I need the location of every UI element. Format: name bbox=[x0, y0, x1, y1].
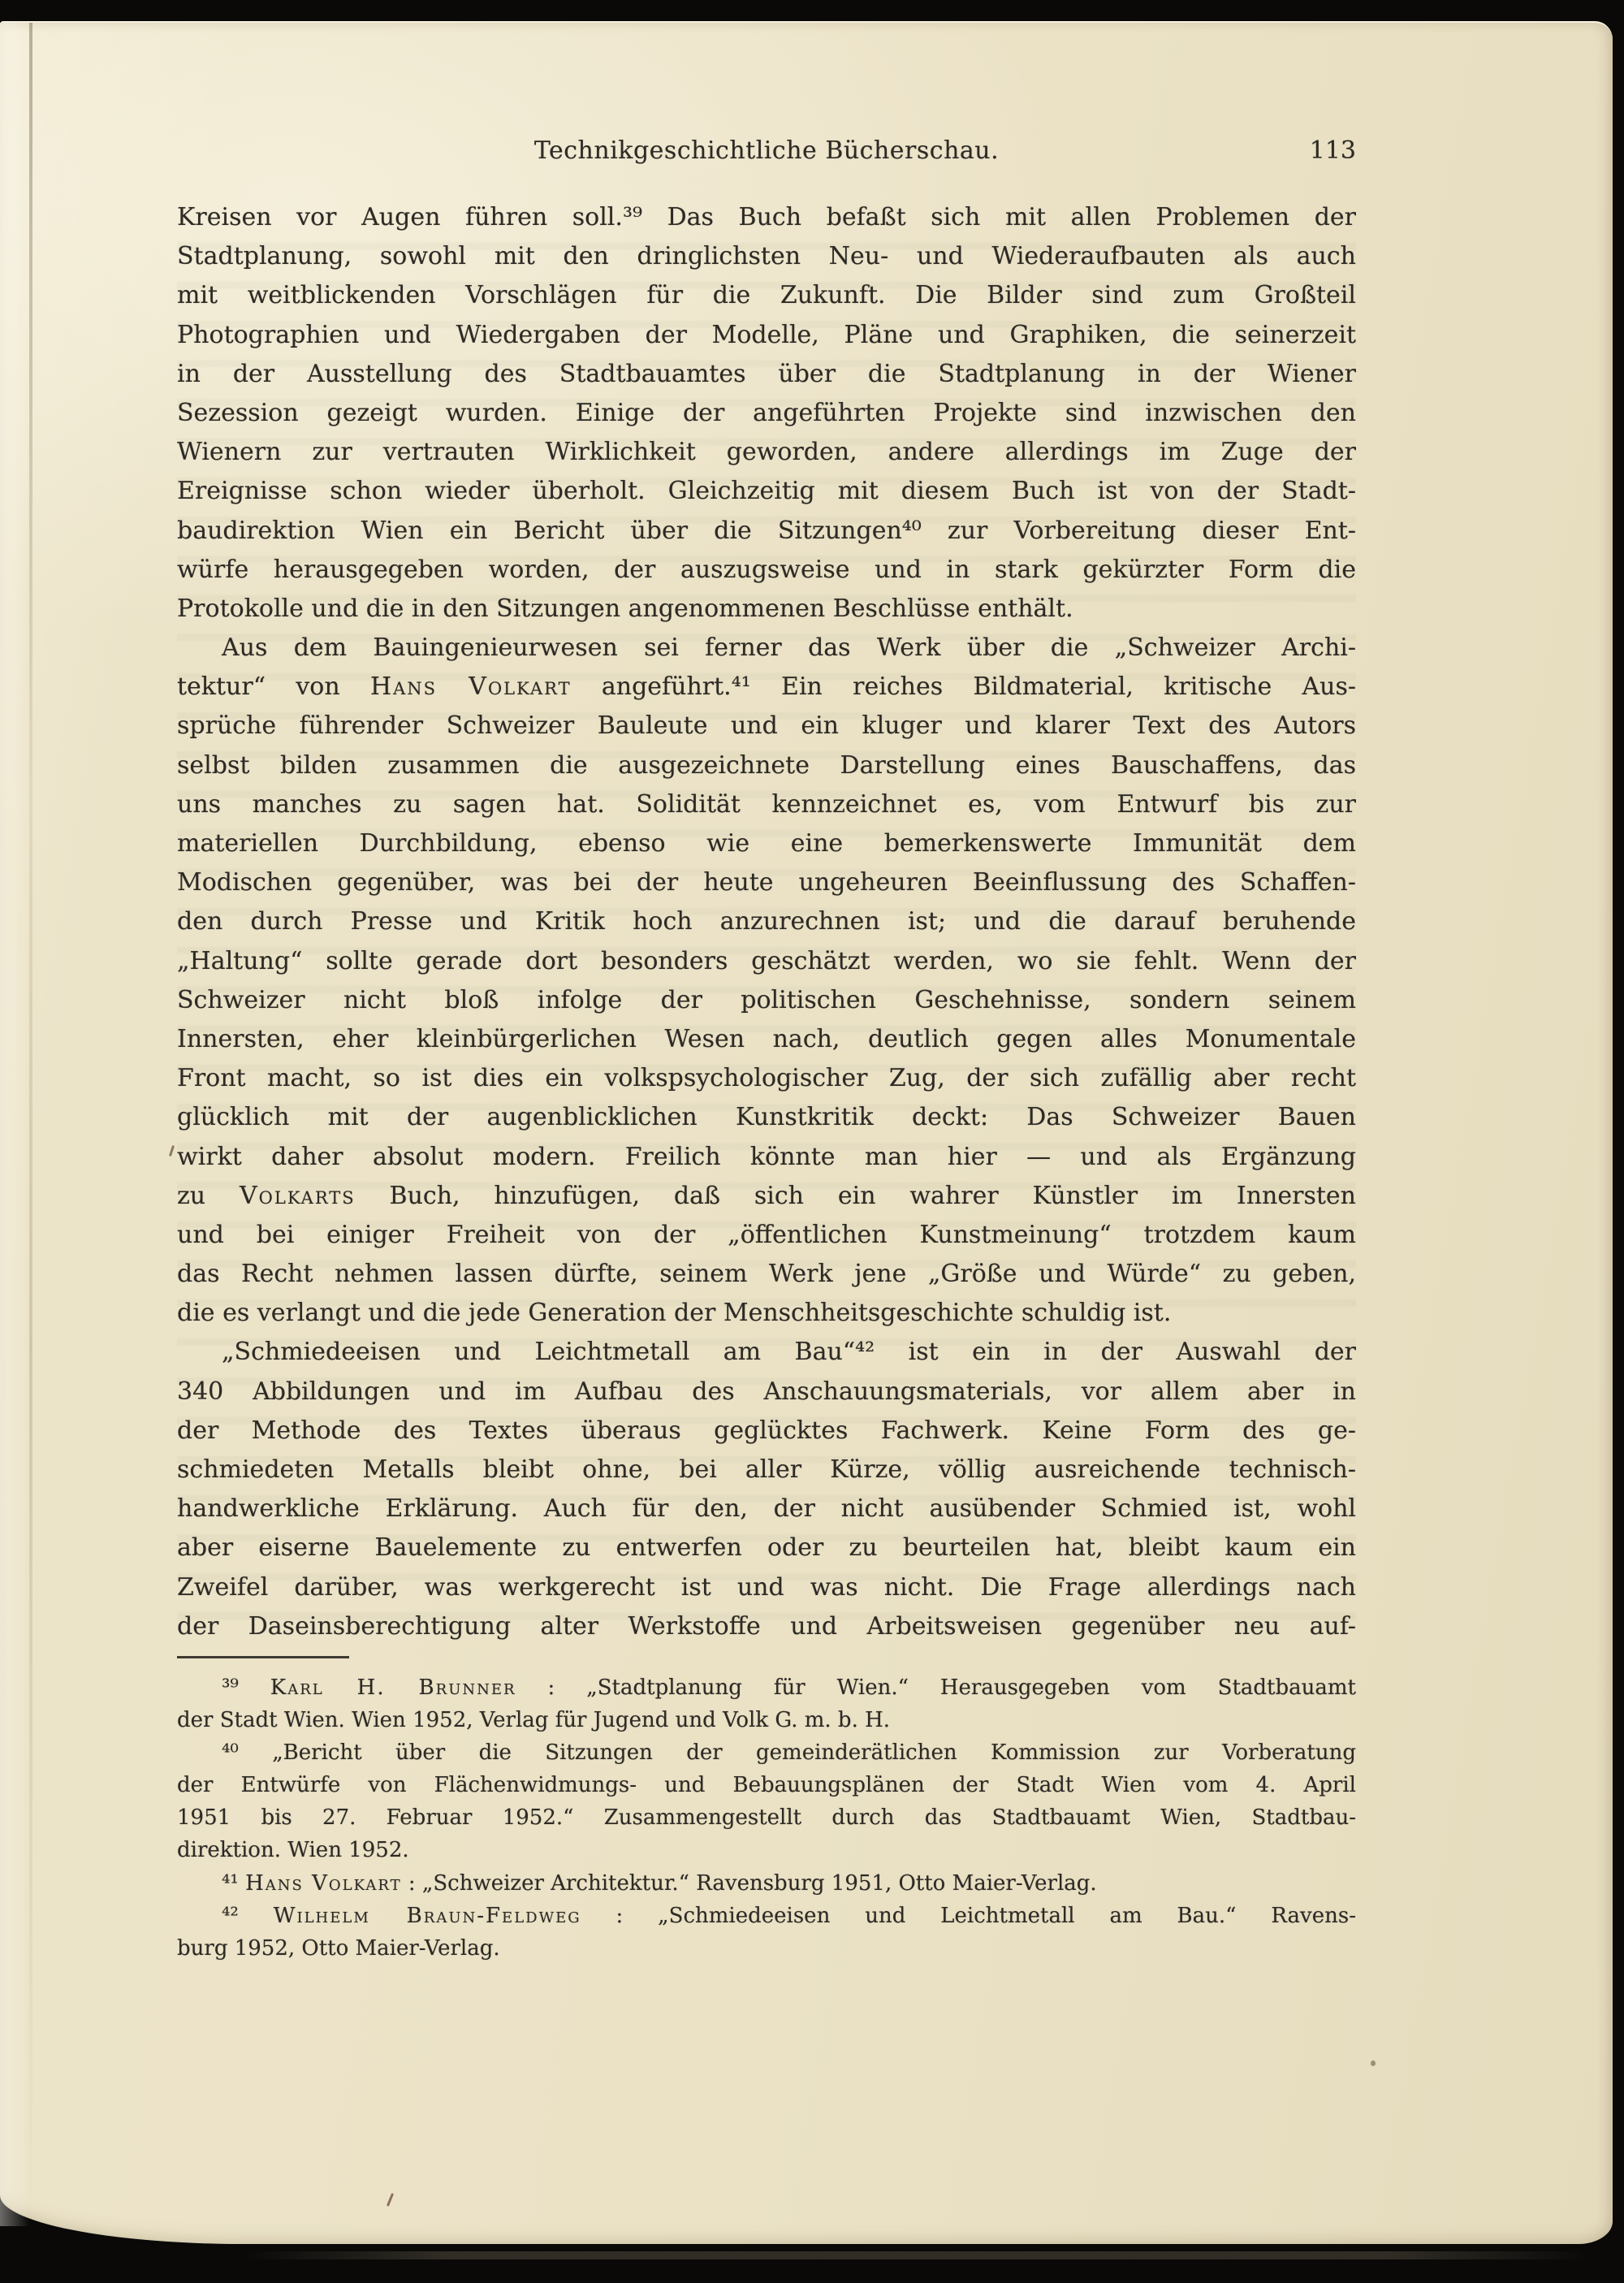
text-line: der Daseinsberechtigung alter Werkstoffe… bbox=[177, 1607, 1356, 1646]
footnote-line: ⁴² Wilhelm Braun-Feldweg : „Schmiedeeise… bbox=[177, 1900, 1356, 1932]
footnote-line: burg 1952, Otto Maier-Verlag. bbox=[177, 1932, 1356, 1965]
footnote-line: ⁴¹ Hans Volkart : „Schweizer Architektur… bbox=[177, 1867, 1356, 1900]
footnote-line: 1951 bis 27. Februar 1952.“ Zusammengest… bbox=[177, 1801, 1356, 1834]
text-line: das Recht nehmen lassen dürfte, seinem W… bbox=[177, 1255, 1356, 1294]
text-line: handwerkliche Erklärung. Auch für den, d… bbox=[177, 1490, 1356, 1528]
footnote: ⁴² Wilhelm Braun-Feldweg : „Schmiedeeise… bbox=[177, 1900, 1356, 1965]
text-line: baudirektion Wien ein Bericht über die S… bbox=[177, 512, 1356, 551]
paragraph: Aus dem Bauingenieurwesen sei ferner das… bbox=[177, 629, 1356, 1333]
page-gutter bbox=[0, 23, 29, 2226]
paragraph: Kreisen vor Augen führen soll.³⁹ Das Buc… bbox=[177, 198, 1356, 629]
text-line: Ereignisse schon wieder überholt. Gleich… bbox=[177, 472, 1356, 511]
text-line: Wienern zur vertrauten Wirklichkeit gewo… bbox=[177, 433, 1356, 472]
footnote-line: der Stadt Wien. Wien 1952, Verlag für Ju… bbox=[177, 1704, 1356, 1736]
text-line: schmiedeten Metalls bleibt ohne, bei all… bbox=[177, 1451, 1356, 1490]
small-caps-name: Hans Volkart bbox=[370, 672, 572, 701]
text-line: den durch Presse und Kritik hoch anzurec… bbox=[177, 902, 1356, 941]
footnote: ⁴¹ Hans Volkart : „Schweizer Architektur… bbox=[177, 1867, 1356, 1900]
body-text: Kreisen vor Augen führen soll.³⁹ Das Buc… bbox=[177, 198, 1356, 1646]
text-line: und bei einiger Freiheit von der „öffent… bbox=[177, 1216, 1356, 1255]
page-crease bbox=[29, 23, 32, 2226]
text-line: zu Volkarts Buch, hinzufügen, daß sich e… bbox=[177, 1177, 1356, 1216]
page-stack-edge bbox=[244, 2251, 1592, 2259]
text-line: Zweifel darüber, was werkgerecht ist und… bbox=[177, 1568, 1356, 1607]
text-line: glücklich mit der augenblicklichen Kunst… bbox=[177, 1098, 1356, 1137]
footnote-rule bbox=[177, 1656, 349, 1658]
text-line: Protokolle und die in den Sitzungen ange… bbox=[177, 590, 1356, 629]
paragraph: „Schmiedeeisen und Leichtmetall am Bau“⁴… bbox=[177, 1333, 1356, 1646]
text-line: 340 Abbildungen und im Aufbau des Anscha… bbox=[177, 1373, 1356, 1412]
small-caps-name: Wilhelm Braun-Feldweg bbox=[274, 1904, 581, 1928]
text-line: tektur“ von Hans Volkart angeführt.⁴¹ Ei… bbox=[177, 668, 1356, 707]
small-caps-name: Karl H. Brunner bbox=[270, 1675, 516, 1700]
text-line: die es verlangt und die jede Generation … bbox=[177, 1294, 1356, 1333]
footnote-line: ⁴⁰ „Bericht über die Sitzungen der gemei… bbox=[177, 1736, 1356, 1769]
text-line: wirkt daher absolut modern. Freilich kön… bbox=[177, 1138, 1356, 1177]
small-caps-name: Hans Volkart bbox=[245, 1871, 401, 1896]
text-line: „Haltung“ sollte gerade dort besonders g… bbox=[177, 942, 1356, 981]
text-line: Aus dem Bauingenieurwesen sei ferner das… bbox=[177, 629, 1356, 668]
text-line: würfe herausgegeben worden, der auszugsw… bbox=[177, 551, 1356, 590]
text-line: in der Ausstellung des Stadtbauamtes übe… bbox=[177, 355, 1356, 394]
text-line: Sezession gezeigt wurden. Einige der ang… bbox=[177, 394, 1356, 433]
text-line: der Methode des Textes überaus geglückte… bbox=[177, 1412, 1356, 1451]
text-line: mit weitblickenden Vorschlägen für die Z… bbox=[177, 276, 1356, 315]
page-number: 113 bbox=[1310, 136, 1356, 165]
text-line: aber eiserne Bauelemente zu entwerfen od… bbox=[177, 1528, 1356, 1567]
footnote-line: der Entwürfe von Flächenwidmungs- und Be… bbox=[177, 1769, 1356, 1801]
text-line: Modischen gegenüber, was bei der heute u… bbox=[177, 863, 1356, 902]
text-line: Schweizer nicht bloß infolge der politis… bbox=[177, 981, 1356, 1020]
footnote-line: direktion. Wien 1952. bbox=[177, 1834, 1356, 1866]
footnote-line: ³⁹ Karl H. Brunner : „Stadtplanung für W… bbox=[177, 1671, 1356, 1704]
running-header: Technikgeschichtliche Bücherschau. 113 bbox=[177, 136, 1356, 169]
book-scan: Technikgeschichtliche Bücherschau. 113 K… bbox=[0, 0, 1624, 2283]
small-caps-name: Volkarts bbox=[240, 1182, 356, 1210]
text-line: Innersten, eher kleinbürgerlichen Wesen … bbox=[177, 1020, 1356, 1059]
text-line: Kreisen vor Augen führen soll.³⁹ Das Buc… bbox=[177, 198, 1356, 237]
text-line: selbst bilden zusammen die ausgezeichnet… bbox=[177, 746, 1356, 785]
text-line: Photographien und Wiedergaben der Modell… bbox=[177, 316, 1356, 355]
ink-speck bbox=[1371, 2060, 1376, 2066]
text-line: Front macht, so ist dies ein volkspsycho… bbox=[177, 1059, 1356, 1098]
running-header-title: Technikgeschichtliche Bücherschau. bbox=[177, 136, 1356, 165]
text-line: Stadtplanung, sowohl mit den dringlichst… bbox=[177, 237, 1356, 276]
footnote: ³⁹ Karl H. Brunner : „Stadtplanung für W… bbox=[177, 1671, 1356, 1736]
text-line: sprüche führender Schweizer Bauleute und… bbox=[177, 707, 1356, 746]
text-line: „Schmiedeeisen und Leichtmetall am Bau“⁴… bbox=[177, 1333, 1356, 1372]
footnotes: ³⁹ Karl H. Brunner : „Stadtplanung für W… bbox=[177, 1671, 1356, 1965]
text-line: uns manches zu sagen hat. Solidität kenn… bbox=[177, 785, 1356, 824]
footnote: ⁴⁰ „Bericht über die Sitzungen der gemei… bbox=[177, 1736, 1356, 1866]
text-line: materiellen Durchbildung, ebenso wie ein… bbox=[177, 824, 1356, 863]
